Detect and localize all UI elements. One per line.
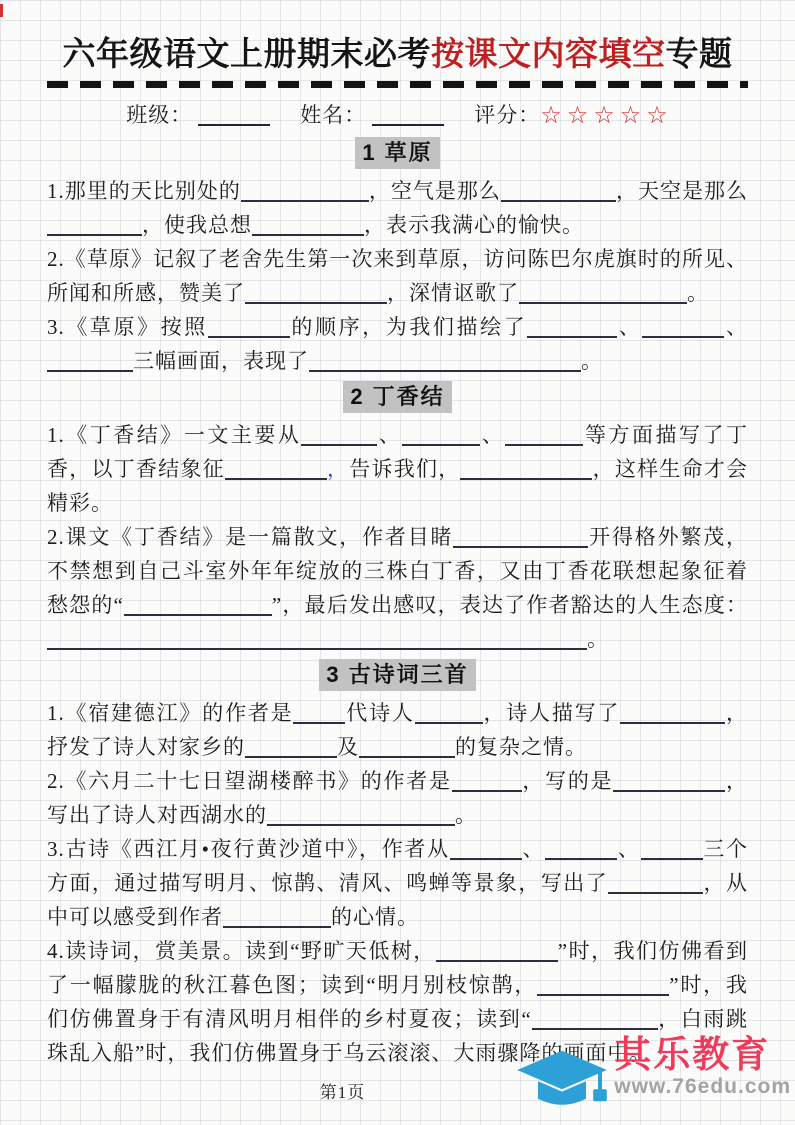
question-text: 3.古诗《西江月•夜行黄沙道中》，作者从 xyxy=(47,837,450,861)
fill-in-blank xyxy=(402,423,480,446)
brand-name: 其乐教育 xyxy=(614,1035,791,1075)
question-text: 、 xyxy=(480,423,505,447)
page-edge-mark xyxy=(0,4,3,17)
question-text: ，深情讴歌了 xyxy=(387,281,519,305)
worksheet-body: 1 草原1.那里的天比别处的，空气是那么，天空是那么，使我总想，表示我满心的愉快… xyxy=(47,137,748,1070)
title-part-2: 专题 xyxy=(666,35,733,72)
question: 1.《宿建德江》的作者是代诗人，诗人描写了，抒发了诗人对家乡的及的复杂之情。 xyxy=(47,696,748,764)
question-text: 、 xyxy=(617,837,640,861)
question-text: ，写的是 xyxy=(522,769,614,793)
fill-in-blank xyxy=(452,769,522,792)
question-text: 、 xyxy=(724,315,748,339)
name-label: 姓名： xyxy=(300,103,366,127)
question: 3.《草原》按照的顺序，为我们描绘了、、三幅画面，表现了。 xyxy=(47,310,748,378)
fill-in-blank xyxy=(501,179,616,202)
fill-in-blank xyxy=(460,457,592,480)
section-heading: 2 丁香结 xyxy=(343,381,451,413)
question-text: 三幅画面，表现了 xyxy=(133,349,309,373)
fill-in-blank xyxy=(47,349,133,372)
question: 2.课文《丁香结》是一篇散文，作者目睹开得格外繁茂，不禁想到自己斗室外年年绽放的… xyxy=(47,520,748,656)
title-part-1: 六年级语文上册期末必考 xyxy=(63,35,432,72)
question-text: 。 xyxy=(687,281,709,305)
fill-in-blank xyxy=(245,281,387,304)
section-heading: 3 古诗词三首 xyxy=(319,659,475,691)
fill-in-blank xyxy=(642,315,724,338)
question: 3.古诗《西江月•夜行黄沙道中》，作者从、、三个方面，通过描写明月、惊鹊、清风、… xyxy=(47,832,748,934)
question-text: 3.《草原》按照 xyxy=(47,315,208,339)
fill-in-blank xyxy=(519,281,687,304)
fill-in-blank xyxy=(505,423,583,446)
fill-in-blank xyxy=(436,939,558,962)
question-text: 。 xyxy=(455,803,477,827)
fill-in-blank xyxy=(453,525,588,548)
student-info-row: 班级：姓名：评分：☆☆☆☆☆ xyxy=(47,99,748,129)
section-heading-row: 1 草原 xyxy=(47,137,748,172)
fill-in-blank xyxy=(241,179,369,202)
fill-in-blank xyxy=(620,701,725,724)
question-text: 的复杂之情。 xyxy=(455,735,587,759)
question: 2.《草原》记叙了老舍先生第一次来到草原，访问陈巴尔虎旗时的所见、所闻和所感，赞… xyxy=(47,242,748,310)
question: 2.《六月二十七日望湖楼醉书》的作者是，写的是，写出了诗人对西湖水的。 xyxy=(47,764,748,832)
brand-logo: 其乐教育 www.76edu.com xyxy=(514,1035,791,1123)
fill-in-blank xyxy=(537,973,669,996)
score-label: 评分： xyxy=(474,103,540,127)
fill-in-blank xyxy=(47,213,142,236)
question-text: ， xyxy=(327,457,349,481)
fill-in-blank xyxy=(223,905,331,928)
question-text: 2.《六月二十七日望湖楼醉书》的作者是 xyxy=(47,769,452,793)
question-text: 的心情。 xyxy=(331,905,419,929)
fill-in-blank xyxy=(608,871,703,894)
fill-in-blank xyxy=(293,701,345,724)
fill-in-blank xyxy=(208,315,290,338)
section-heading-row: 3 古诗词三首 xyxy=(47,659,748,694)
fill-in-blank xyxy=(527,315,617,338)
question-text: 1.《丁香结》一文主要从 xyxy=(47,423,301,447)
fill-in-blank xyxy=(415,701,483,724)
question-text: 1.《宿建德江》的作者是 xyxy=(47,701,293,725)
fill-in-blank xyxy=(641,837,703,860)
question-text: ”，最后发出感叹，表达了作者豁达的人生态度： xyxy=(272,593,748,617)
brand-text-block: 其乐教育 www.76edu.com xyxy=(614,1035,791,1099)
question-text: 。 xyxy=(587,627,609,651)
section-heading-row: 2 丁香结 xyxy=(47,381,748,416)
question-text: ，诗人描写了 xyxy=(483,701,621,725)
title-part-red: 按课文内容填空 xyxy=(431,35,666,72)
question-text: 告诉我们， xyxy=(349,457,460,481)
fill-in-blank xyxy=(450,837,522,860)
fill-in-blank xyxy=(532,1007,658,1030)
section-heading: 1 草原 xyxy=(355,137,439,169)
worksheet-page: 六年级语文上册期末必考按课文内容填空专题 班级：姓名：评分：☆☆☆☆☆ 1 草原… xyxy=(0,0,795,1125)
question-text: 的顺序，为我们描绘了 xyxy=(290,315,527,339)
fill-in-blank xyxy=(267,803,455,826)
question-text: ，使我总想 xyxy=(142,213,252,237)
score-stars: ☆☆☆☆☆ xyxy=(540,101,673,129)
class-label: 班级： xyxy=(126,103,192,127)
question-text: 代诗人 xyxy=(345,701,414,725)
fill-in-blank xyxy=(124,593,272,616)
fill-in-blank xyxy=(47,627,587,650)
question-text: ，表示我满心的愉快。 xyxy=(364,213,584,237)
question: 1.《丁香结》一文主要从、、等方面描写了丁香，以丁香结象征，告诉我们，，这样生命… xyxy=(47,418,748,520)
question-text: ，天空是那么 xyxy=(616,179,748,203)
question-text: 4.读诗词，赏美景。读到“野旷天低树， xyxy=(47,939,436,963)
fill-in-blank xyxy=(613,769,725,792)
fill-in-blank xyxy=(252,213,364,236)
question-text: 2.课文《丁香结》是一篇散文，作者目睹 xyxy=(47,525,453,549)
question-text: 、 xyxy=(522,837,545,861)
brand-website: www.76edu.com xyxy=(614,1075,791,1099)
fill-in-blank xyxy=(359,735,455,758)
question-text: 。 xyxy=(581,349,603,373)
fill-in-blank xyxy=(245,735,337,758)
title-divider-dashed-line xyxy=(47,81,748,88)
name-blank-line xyxy=(372,103,444,126)
fill-in-blank xyxy=(309,349,581,372)
question-text: 及 xyxy=(337,735,359,759)
question-text: 、 xyxy=(377,423,402,447)
fill-in-blank xyxy=(545,837,617,860)
graduation-cap-icon xyxy=(514,1049,610,1123)
question: 1.那里的天比别处的，空气是那么，天空是那么，使我总想，表示我满心的愉快。 xyxy=(47,174,748,242)
question-text: 1.那里的天比别处的 xyxy=(47,179,241,203)
class-blank-line xyxy=(198,103,270,126)
fill-in-blank xyxy=(301,423,377,446)
fill-in-blank xyxy=(225,457,327,480)
question-text: 、 xyxy=(617,315,642,339)
page-title: 六年级语文上册期末必考按课文内容填空专题 xyxy=(47,28,748,75)
question-text: ，空气是那么 xyxy=(369,179,501,203)
